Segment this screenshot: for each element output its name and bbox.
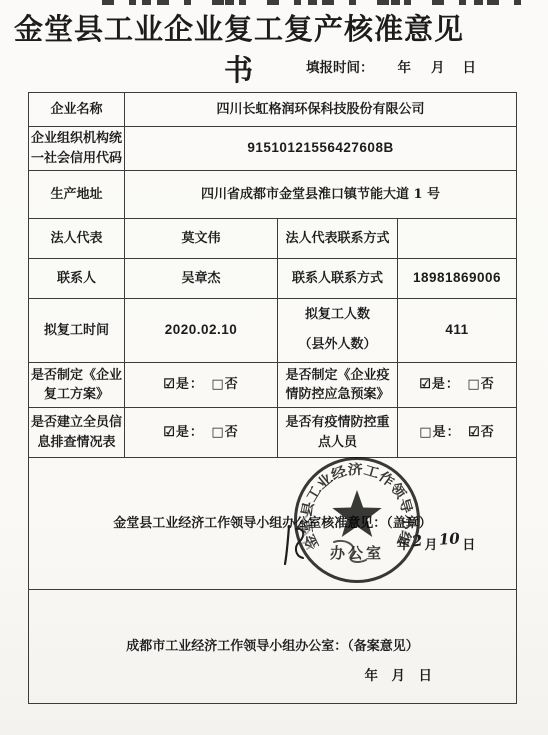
- field-label: 是否建立全员信息排查情况表: [29, 408, 125, 458]
- row-address: 生产地址 四川省成都市金堂县淮口镇节能大道 1 号: [29, 171, 517, 219]
- field-value: 四川长虹格润环保科技股份有限公司: [125, 93, 517, 127]
- date-month-label: 月: [424, 534, 437, 553]
- city-record-label: 成都市工业经济工作领导小组办公室：（备案意见）: [126, 639, 419, 654]
- filing-time-label: 填报时间：: [306, 56, 374, 76]
- filing-month-label: 月: [431, 56, 445, 76]
- record-date-blanks: 年 月 日: [365, 666, 433, 686]
- field-value: 2020.02.10: [125, 299, 278, 363]
- field-label: 是否有疫情防控重点人员: [278, 408, 398, 458]
- field-label: 拟复工时间: [29, 299, 125, 363]
- field-value: 411: [398, 299, 517, 363]
- field-label: 企业名称: [29, 93, 125, 127]
- row-check-screening: 是否建立全员信息排查情况表 ☑是： □否 是否有疫情防控重点人员 □是： ☑否: [29, 408, 517, 458]
- scanned-document-page: 金堂县工业企业复工复产核准意见书 填报时间： 年 月 日 企业名称 四川长虹格润…: [0, 0, 548, 735]
- city-record-cell: 成都市工业经济工作领导小组办公室：（备案意见） 年 月 日: [29, 590, 517, 704]
- row-company-name: 企业名称 四川长虹格润环保科技股份有限公司: [29, 93, 517, 127]
- county-approval-cell: 金堂县工业经济工作领导小组办公室核准意见：（盖章）: [29, 458, 517, 590]
- field-label: 法人代表: [29, 219, 125, 259]
- checkbox-yes-no: ☑是： □否: [125, 363, 278, 408]
- filing-day-label: 日: [463, 56, 477, 76]
- row-credit-code: 企业组织机构统一社会信用代码 91510121556427608B: [29, 127, 517, 171]
- field-label: 联系人: [29, 259, 125, 299]
- handwritten-day: 10: [439, 531, 461, 547]
- handwritten-month: 2: [411, 533, 423, 549]
- date-day-label: 日: [462, 534, 475, 553]
- field-label: 联系人联系方式: [278, 259, 398, 299]
- field-value: 莫文伟: [125, 219, 278, 259]
- field-value: 四川省成都市金堂县淮口镇节能大道 1 号: [125, 171, 517, 219]
- row-county-approval: 金堂县工业经济工作领导小组办公室核准意见：（盖章）: [29, 458, 517, 590]
- field-value: [398, 219, 517, 259]
- field-label: 是否制定《企业疫情防控应急预案》: [278, 363, 398, 408]
- checkbox-yes-no: □是： ☑否: [398, 408, 517, 458]
- seal-star-icon: [332, 490, 381, 537]
- row-contact: 联系人 吴章杰 联系人联系方式 18981869006: [29, 259, 517, 299]
- field-value: 91510121556427608B: [125, 127, 517, 171]
- field-label-line2: （县外人数）: [280, 335, 395, 356]
- field-label: 拟复工人数 （县外人数）: [278, 299, 398, 363]
- handwriting-mark-faint: [299, 503, 333, 553]
- date-year-label: 年: [397, 534, 410, 553]
- page-title: 金堂县工业企业复工复产核准意见书: [0, 7, 548, 89]
- filing-time-line: 填报时间： 年 月 日: [306, 56, 476, 76]
- scan-artifact-top-fragments: [102, 0, 530, 5]
- row-check-plan: 是否制定《企业复工方案》 ☑是： □否 是否制定《企业疫情防控应急预案》 ☑是：…: [29, 363, 517, 408]
- checkbox-yes-no: ☑是： □否: [398, 363, 517, 408]
- field-label: 法人代表联系方式: [278, 219, 398, 259]
- filing-year-label: 年: [398, 56, 412, 76]
- field-value: 18981869006: [398, 259, 517, 299]
- field-value: 吴章杰: [125, 259, 278, 299]
- field-label: 是否制定《企业复工方案》: [29, 363, 125, 408]
- field-label-line1: 拟复工人数: [280, 305, 395, 326]
- approval-date-line: 年 2 月 10 日: [397, 534, 475, 553]
- row-legal-rep: 法人代表 莫文伟 法人代表联系方式: [29, 219, 517, 259]
- field-label: 企业组织机构统一社会信用代码: [29, 127, 125, 171]
- checkbox-yes-no: ☑是： □否: [125, 408, 278, 458]
- row-resume-plan: 拟复工时间 2020.02.10 拟复工人数 （县外人数） 411: [29, 299, 517, 363]
- handwriting-signature-stroke: [330, 536, 370, 570]
- field-label: 生产地址: [29, 171, 125, 219]
- approval-form-table: 企业名称 四川长虹格润环保科技股份有限公司 企业组织机构统一社会信用代码 915…: [28, 92, 517, 704]
- row-city-record: 成都市工业经济工作领导小组办公室：（备案意见） 年 月 日: [29, 590, 517, 704]
